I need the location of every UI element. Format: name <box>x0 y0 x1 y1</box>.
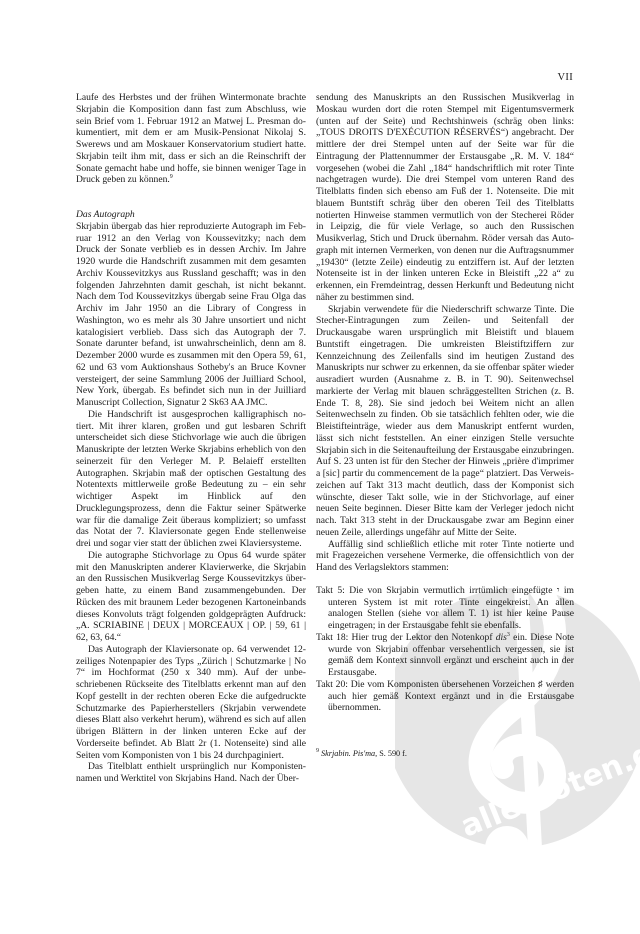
takt-label: Takt 5: <box>316 585 345 596</box>
paragraph: Skrjabin übergab das hier reproduzierte … <box>76 221 306 409</box>
right-column: sendung des Manuskripts an den Russische… <box>316 92 574 759</box>
section-heading: Das Autograph <box>76 209 306 221</box>
paragraph: Laufe des Herbstes und der frühen Winter… <box>76 92 306 186</box>
takt-text: Die vom Komponisten übersehenen Vorzeich… <box>328 679 574 714</box>
paragraph: Skrjabin verwendete für die Niederschrif… <box>316 304 574 539</box>
takt-text: Die von Skrjabin vermutlich irrtümlich e… <box>328 585 574 631</box>
takt-notes-list: Takt 5: Die von Skrjabin vermutlich irrt… <box>316 585 574 714</box>
paragraph: Das Autograph der Klaviersonate op. 64 v… <box>76 644 306 762</box>
footnote-text: , S. 590 f. <box>375 749 407 758</box>
takt-note: Takt 5: Die von Skrjabin vermutlich irrt… <box>316 585 574 632</box>
takt-note: Takt 18: Hier trug der Lektor den Notenk… <box>316 632 574 679</box>
paragraph: Die Handschrift ist ausgesprochen kallig… <box>76 409 306 550</box>
paragraph: Auffällig sind schließlich etliche mit r… <box>316 539 574 574</box>
takt-label: Takt 18: <box>316 632 348 643</box>
footnote-number: 9 <box>316 748 319 754</box>
left-column: Laufe des Herbstes und der frühen Winter… <box>76 92 306 785</box>
paragraph: Das Titelblatt enthielt ursprünglich nur… <box>76 761 306 785</box>
paragraph: sendung des Manuskripts an den Russische… <box>316 92 574 304</box>
note-name: dis <box>496 632 507 643</box>
document-page: alle-noten.de VII Laufe des Herbstes und… <box>0 0 640 934</box>
page-number: VII <box>558 72 573 83</box>
takt-label: Takt 20: <box>316 679 348 690</box>
paragraph: Die autographe Stichvorlage zu Opus 64 w… <box>76 550 306 644</box>
paragraph-text: Laufe des Herbstes und der frühen Winter… <box>76 92 306 185</box>
footnote: 9 Skrjabin. Pis'ma, S. 590 f. <box>316 749 574 759</box>
footnote-ref[interactable]: 9 <box>170 174 173 180</box>
footnote-source-title: Skrjabin. Pis'ma <box>321 749 375 758</box>
takt-note: Takt 20: Die vom Komponisten übersehenen… <box>316 679 574 714</box>
takt-text: Hier trug der Lektor den Notenkopf <box>352 632 496 643</box>
